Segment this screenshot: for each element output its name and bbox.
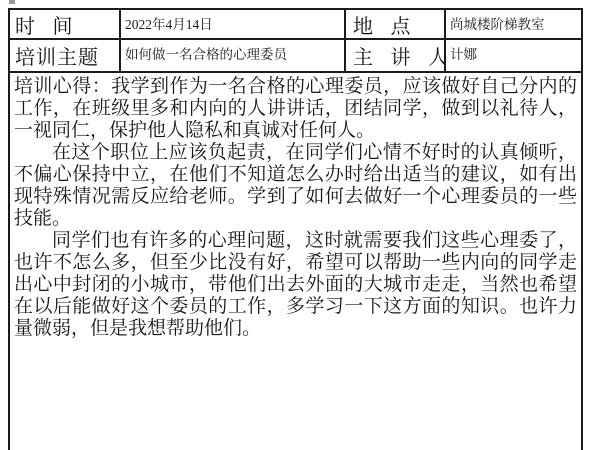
- notes-paragraph-1: 培训心得：我学到作为一名合格的心理委员，应该做好自己分内的工作，在班级里多和内向…: [14, 76, 577, 142]
- table-row-time-location: 时 间 2022年4月14日 地 点 尚城楼阶梯教室: [10, 10, 581, 40]
- location-value: 尚城楼阶梯教室: [446, 10, 581, 38]
- topic-label: 培训主题: [10, 40, 121, 71]
- notes-paragraph-3: 同学们也有许多的心理问题，这时就需要我们这些心理委了，也许不怎么多，但至少比没有…: [14, 230, 577, 340]
- time-value: 2022年4月14日: [121, 10, 346, 38]
- training-record-table: 时 间 2022年4月14日 地 点 尚城楼阶梯教室 培训主题 如何做一名合格的…: [8, 8, 583, 450]
- topic-value: 如何做一名合格的心理委员: [121, 40, 346, 71]
- speaker-label: 主 讲 人: [346, 40, 446, 71]
- training-notes-cell: 培训心得：我学到作为一名合格的心理委员，应该做好自己分内的工作，在班级里多和内向…: [10, 73, 581, 340]
- speaker-value: 计娜: [446, 40, 581, 71]
- scan-artifact-mark: [9, 0, 15, 4]
- scanned-document-page: { "table": { "time_label": "时 间", "time_…: [0, 0, 600, 450]
- location-label: 地 点: [346, 10, 446, 38]
- table-row-topic-speaker: 培训主题 如何做一名合格的心理委员 主 讲 人 计娜: [10, 40, 581, 73]
- notes-paragraph-2: 在这个职位上应该负起责，在同学们心情不好时的认真倾听，不偏心保持中立，在他们不知…: [14, 142, 577, 230]
- time-label: 时 间: [10, 10, 121, 38]
